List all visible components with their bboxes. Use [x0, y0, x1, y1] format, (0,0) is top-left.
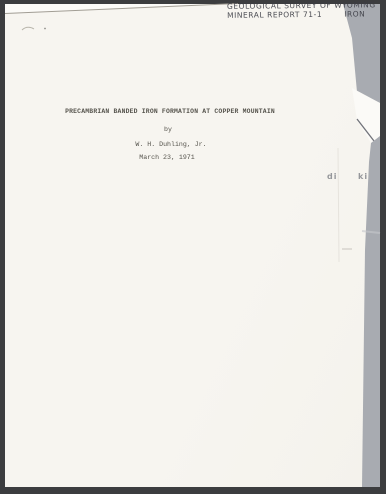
annotation-side-note: IRON	[344, 10, 365, 19]
typed-title-block: PRECAMBRIAN BANDED IRON FORMATION AT COP…	[5, 0, 341, 200]
report-date: March 23, 1971	[0, 154, 335, 161]
author-name: W. H. Duhling, Jr.	[3, 141, 339, 148]
scanned-document: di ki GEOLOGICAL SURVEY OF WYOMING MINER…	[0, 0, 386, 494]
report-title: PRECAMBRIAN BANDED IRON FORMATION AT COP…	[2, 108, 338, 115]
byline: by	[0, 126, 336, 133]
